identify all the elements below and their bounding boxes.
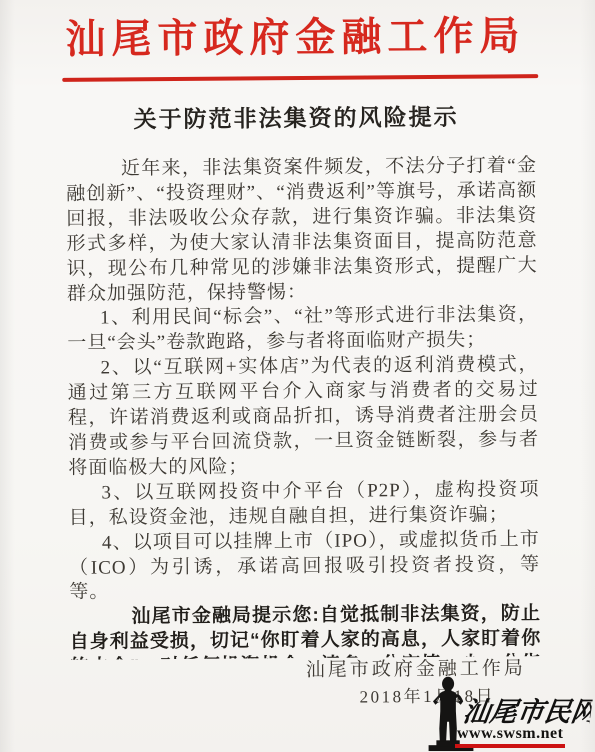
document-body: 近年来，非法集资案件频发，不法分子打着“金融创新”、“投资理财”、“消费返利”等… xyxy=(66,154,541,660)
site-url-text: www.swsm.net xyxy=(455,725,565,748)
document-content: 汕尾市政府金融工作局 关于防范非法集资的风险提示 近年来，非法集资案件频发，不法… xyxy=(0,0,595,752)
letterhead-divider-rule xyxy=(62,74,538,82)
paragraph-warning-bold: 汕尾市金融局提示您:自觉抵制非法集资，防止自身利益受损，切记“你盯着人家的高息，… xyxy=(69,602,540,659)
site-watermark-logo: 汕尾市民网 www.swsm.net xyxy=(423,674,593,752)
agency-letterhead-title: 汕尾市政府金融工作局 xyxy=(0,12,593,65)
paragraph-item-3: 3、以互联网投资中介平台（P2P），虚构投资项目，私设资金池，违规自融自担，进行… xyxy=(68,478,539,532)
paragraph-item-1: 1、利用民间“标会”、“社”等形式进行非法集资，一旦“会头”卷款跑路，参与者将面… xyxy=(67,304,538,358)
paragraph-intro: 近年来，非法集资案件频发，不法分子打着“金融创新”、“投资理财”、“消费返利”等… xyxy=(66,154,538,307)
document-title: 关于防范非法集资的风险提示 xyxy=(0,101,594,136)
paragraph-item-4: 4、以项目可以挂牌上市（IPO），或虚拟货币上市（ICO）为引诱，承诺高回报吸引… xyxy=(69,528,541,606)
scanned-notice-page: 汕尾市政府金融工作局 关于防范非法集资的风险提示 近年来，非法集资案件频发，不法… xyxy=(0,0,595,752)
site-name-calligraphy: 汕尾市民网 xyxy=(461,696,593,728)
paragraph-item-2: 2、以“互联网+实体店”为代表的返利消费模式，通过第三方互联网平台介入商家与消费… xyxy=(67,353,539,481)
